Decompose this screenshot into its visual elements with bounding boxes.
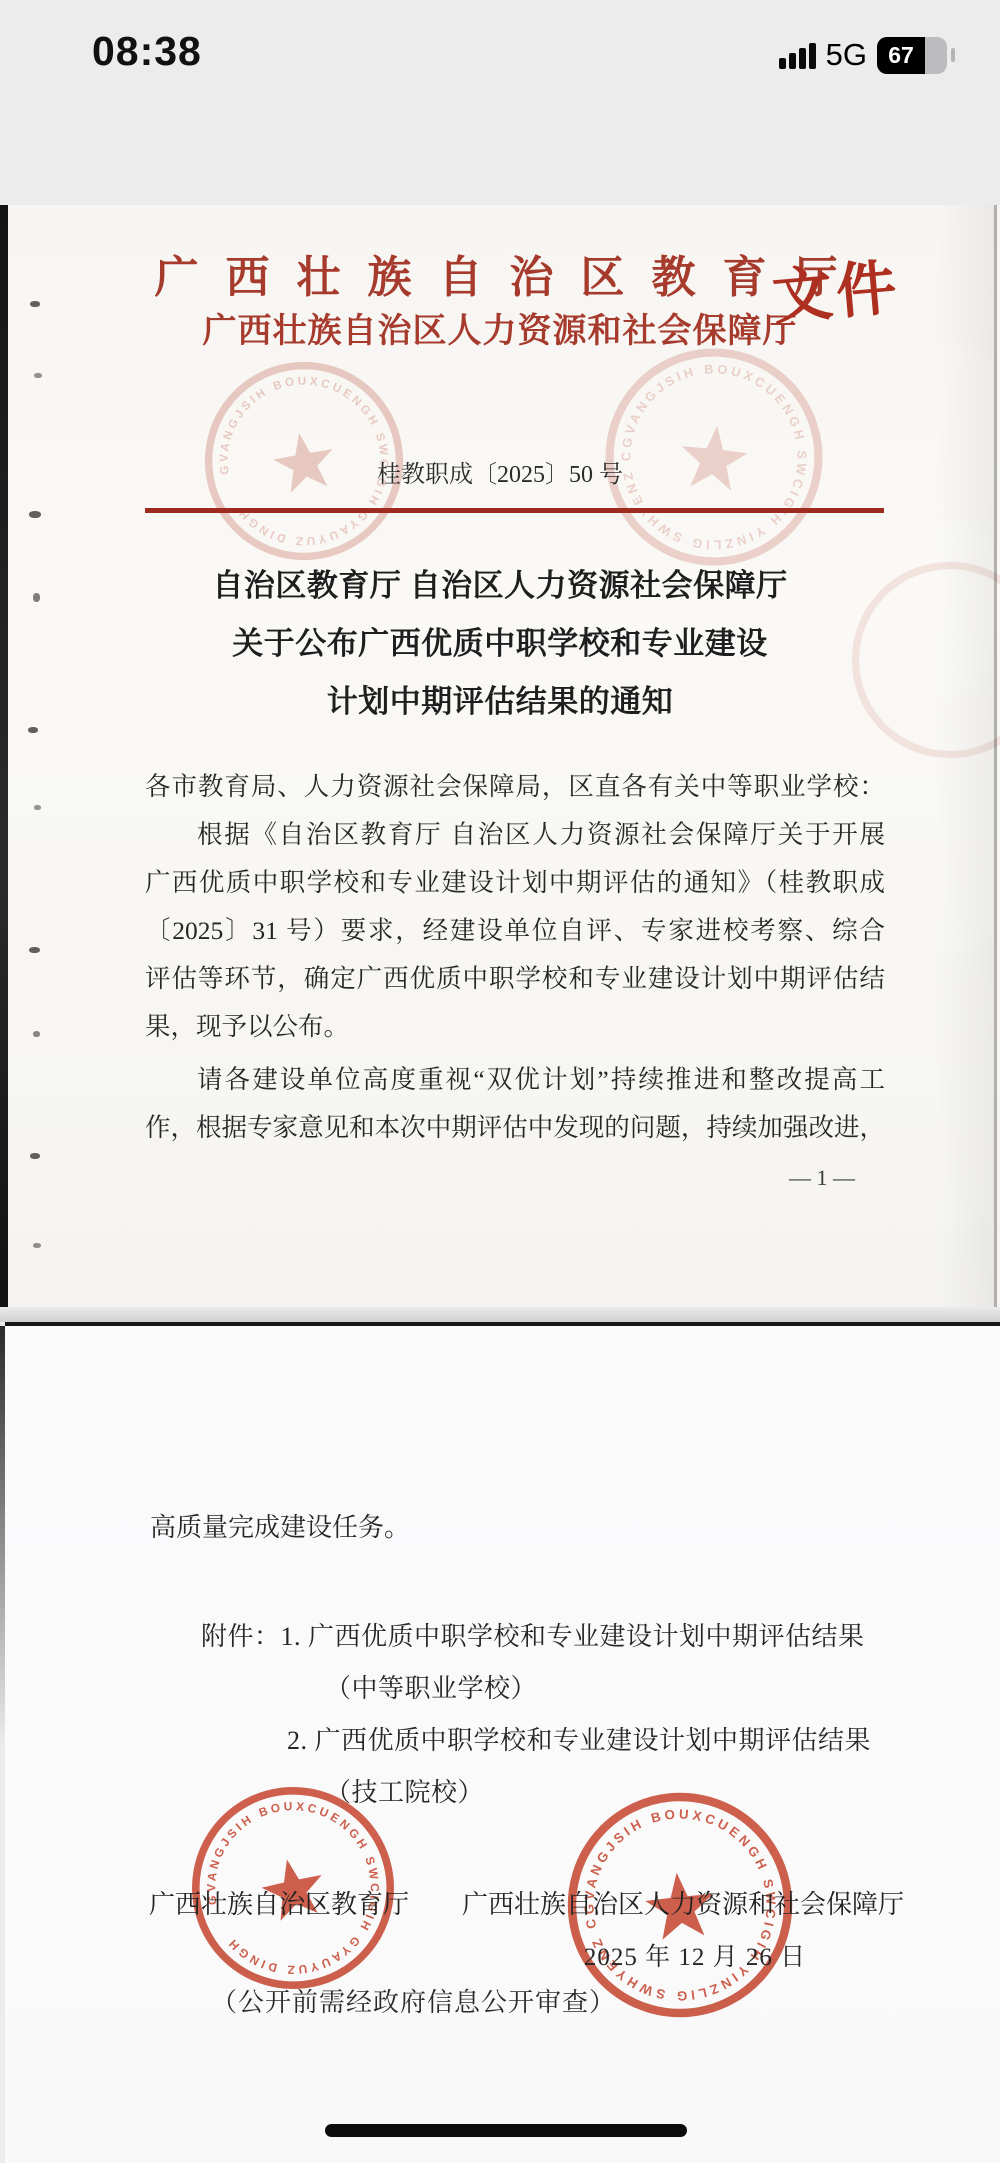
battery-percent: 67 xyxy=(877,37,925,74)
attachment-line: （中等职业学校） xyxy=(325,1671,537,1707)
attachment-line: 2. 广西优质中职学校和专业建设计划中期评估结果 xyxy=(287,1723,871,1759)
cellular-signal-icon xyxy=(779,41,816,69)
body-line: 果，现予以公布。 xyxy=(145,1005,885,1049)
body-line: 评估等环节，确定广西优质中职学校和专业建设计划中期评估结 xyxy=(145,957,885,1001)
status-indicators: 5G 67 xyxy=(779,36,955,74)
signer-hr-dept: 广西壮族自治区人力资源和社会保障厅 xyxy=(462,1887,902,1923)
status-bar: 08:38 5G 67 xyxy=(0,0,1000,120)
body-line: 请各建设单位高度重视“双优计划”持续推进和整改提高工 xyxy=(145,1058,885,1102)
page-gap xyxy=(0,1307,1000,1322)
body-continuation-line: 高质量完成建设任务。 xyxy=(150,1510,410,1546)
scan-left-edge-page-2 xyxy=(0,1326,5,1746)
page-number: — 1 — xyxy=(762,1163,882,1193)
network-type-label: 5G xyxy=(826,37,867,73)
home-indicator[interactable] xyxy=(325,2124,687,2137)
disclosure-review-note: （公开前需经政府信息公开审查） xyxy=(211,1985,616,2021)
screenshot-root: { "status_bar": { "time": "08:38", "netw… xyxy=(0,0,1000,2163)
document-page-1: GVANGJSIH BOUXCUENGH SWCIGIH GYAUYUZ DIN… xyxy=(0,205,1000,1307)
attachment-line: 附件：1. 广西优质中职学校和专业建设计划中期评估结果 xyxy=(201,1619,865,1655)
body-line: 各市教育局、人力资源社会保障局，区直各有关中等职业学校： xyxy=(145,765,885,809)
body-line: 广西优质中职学校和专业建设计划中期评估的通知》（桂教职成 xyxy=(145,861,885,905)
body-line: 〔2025〕31 号）要求，经建设单位自评、专家进校考察、综合 xyxy=(145,909,885,953)
battery-cap xyxy=(951,48,955,62)
body-line: 根据《自治区教育厅 自治区人力资源社会保障厅关于开展 xyxy=(145,813,885,857)
signer-education-dept: 广西壮族自治区教育厅 xyxy=(139,1887,419,1923)
nav-bar: 自治区教育厅 自治区人力资源社会保 xyxy=(0,120,1000,205)
document-body: 各市教育局、人力资源社会保障局，区直各有关中等职业学校：根据《自治区教育厅 自治… xyxy=(145,205,885,1307)
issue-date: 2025 年 12 月 26 日 xyxy=(475,1940,915,1976)
scan-left-edge xyxy=(0,205,8,1307)
body-line: 作，根据专家意见和本次中期评估中发现的问题，持续加强改进， xyxy=(145,1106,885,1150)
document-page-2: 高质量完成建设任务。 附件：1. 广西优质中职学校和专业建设计划中期评估结果（中… xyxy=(5,1322,1000,2163)
status-time: 08:38 xyxy=(92,28,202,75)
battery-icon: 67 xyxy=(877,37,947,74)
